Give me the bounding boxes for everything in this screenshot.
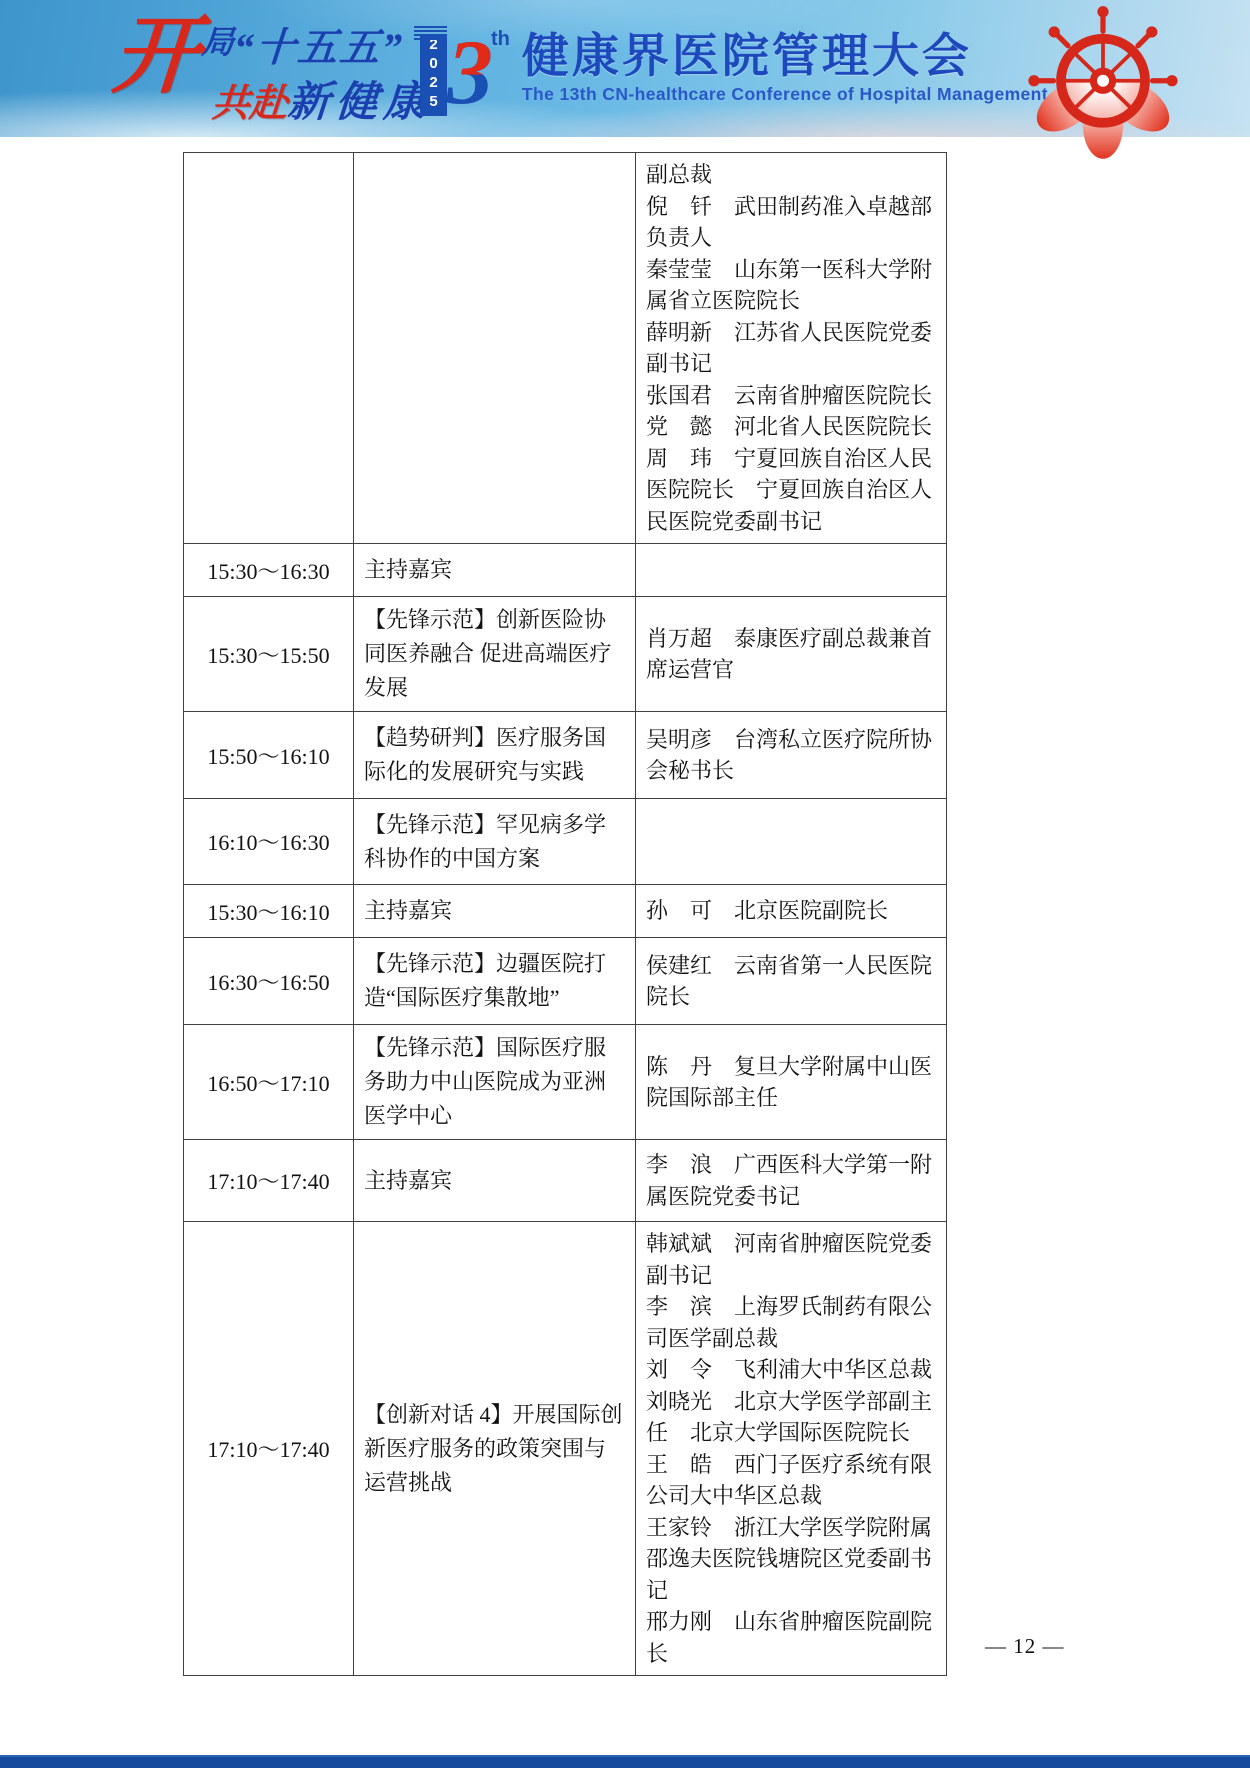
- speakers-cell: 孙 可 北京医院副院长: [636, 885, 947, 938]
- speakers-cell: 吴明彦 台湾私立医疗院所协会秘书长: [636, 712, 947, 799]
- page-number: — 12 —: [985, 1634, 1065, 1659]
- ship-wheel-icon: [1028, 2, 1178, 175]
- speaker-entry: 侯建红 云南省第一人民医院院长: [646, 950, 936, 1013]
- conference-logo: 2025 33 th 健康界医院管理大会 The 13th CN-healthc…: [420, 28, 1048, 116]
- speaker-entry: 刘 令 飞利浦大中华区总裁: [646, 1354, 936, 1386]
- speakers-cell: 李 浪 广西医科大学第一附属医院党委书记: [636, 1140, 947, 1222]
- slogan-line1-quoted: “十五五”: [232, 25, 405, 70]
- table-row: 副总裁倪 钎 武田制药准入卓越部负责人秦莹莹 山东第一医科大学附属省立医院院长薛…: [184, 153, 947, 544]
- table-row: 17:10～17:40【创新对话 4】开展国际创新医疗服务的政策突围与运营挑战韩…: [184, 1222, 947, 1676]
- table-row: 16:30～16:50【先锋示范】边疆医院打造“国际医疗集散地”侯建红 云南省第…: [184, 938, 947, 1025]
- time-cell: 17:10～17:40: [184, 1222, 354, 1676]
- slogan-line1: 局“十五五”: [200, 16, 438, 73]
- table-row: 16:10～16:30【先锋示范】罕见病多学科协作的中国方案: [184, 799, 947, 885]
- speaker-entry: 李 滨 上海罗氏制药有限公司医学副总裁: [646, 1291, 936, 1354]
- session-title-cell: 【创新对话 4】开展国际创新医疗服务的政策突围与运营挑战: [354, 1222, 636, 1676]
- time-cell: 15:30～16:10: [184, 885, 354, 938]
- table-row: 15:30～15:50【先锋示范】创新医险协同医养融合 促进高端医疗发展肖万超 …: [184, 597, 947, 712]
- session-title-cell: 【趋势研判】医疗服务国际化的发展研究与实践: [354, 712, 636, 799]
- slogan-line2: 共赴新健康: [196, 69, 434, 129]
- session-title-cell: 主持嘉宾: [354, 544, 636, 597]
- speakers-cell: 韩斌斌 河南省肿瘤医院党委副书记李 滨 上海罗氏制药有限公司医学副总裁刘 令 飞…: [636, 1222, 947, 1676]
- speakers-cell: 侯建红 云南省第一人民医院院长: [636, 938, 947, 1025]
- slogan-lines: 局“十五五” 共赴新健康: [196, 10, 438, 129]
- session-title-cell: 【先锋示范】罕见病多学科协作的中国方案: [354, 799, 636, 885]
- logo-titles: 健康界医院管理大会 The 13th CN-healthcare Confere…: [522, 30, 1048, 105]
- speakers-cell: 肖万超 泰康医疗副总裁兼首席运营官: [636, 597, 947, 712]
- conference-subtitle: The 13th CN-healthcare Conference of Hos…: [522, 84, 1048, 105]
- footer-bar: [0, 1755, 1250, 1768]
- speaker-entry: 倪 钎 武田制药准入卓越部负责人: [646, 191, 936, 254]
- speaker-entry: 王 皓 西门子医疗系统有限公司大中华区总裁: [646, 1449, 936, 1512]
- time-cell: 16:50～17:10: [184, 1025, 354, 1140]
- time-cell: 17:10～17:40: [184, 1140, 354, 1222]
- speakers-cell: 副总裁倪 钎 武田制药准入卓越部负责人秦莹莹 山东第一医科大学附属省立医院院长薛…: [636, 153, 947, 544]
- session-title-cell: 【先锋示范】创新医险协同医养融合 促进高端医疗发展: [354, 597, 636, 712]
- speaker-entry: 李 浪 广西医科大学第一附属医院党委书记: [646, 1149, 936, 1212]
- time-cell: 16:10～16:30: [184, 799, 354, 885]
- time-cell: 15:30～16:30: [184, 544, 354, 597]
- time-cell: 15:50～16:10: [184, 712, 354, 799]
- logo-digit-one: 2025: [420, 34, 447, 116]
- speakers-cell: [636, 799, 947, 885]
- logo-13-mark: 2025 33 th: [420, 28, 510, 116]
- logo-year: 2025: [425, 36, 442, 116]
- slogan-line1-char: 局: [201, 24, 236, 60]
- table-row: 15:30～16:10主持嘉宾孙 可 北京医院副院长: [184, 885, 947, 938]
- time-cell: 15:30～15:50: [184, 597, 354, 712]
- speakers-cell: 陈 丹 复旦大学附属中山医院国际部主任: [636, 1025, 947, 1140]
- slogan-line2-red: 共赴: [210, 83, 289, 125]
- speaker-entry: 薛明新 江苏省人民医院党委副书记: [646, 317, 936, 380]
- time-cell: [184, 153, 354, 544]
- speakers-cell: [636, 544, 947, 597]
- session-title-cell: 主持嘉宾: [354, 1140, 636, 1222]
- speaker-entry: 王家铃 浙江大学医学院附属邵逸夫医院钱塘院区党委副书记: [646, 1512, 936, 1607]
- agenda-table-body: 副总裁倪 钎 武田制药准入卓越部负责人秦莹莹 山东第一医科大学附属省立医院院长薛…: [184, 153, 947, 1676]
- speaker-entry: 秦莹莹 山东第一医科大学附属省立医院院长: [646, 254, 936, 317]
- speaker-entry: 张国君 云南省肿瘤医院院长: [646, 380, 936, 412]
- speaker-entry: 陈 丹 复旦大学附属中山医院国际部主任: [646, 1051, 936, 1114]
- slogan-line2-blue: 新健康: [286, 80, 433, 126]
- session-title-cell: [354, 153, 636, 544]
- speaker-entry: 周 玮 宁夏回族自治区人民医院院长 宁夏回族自治区人民医院党委副书记: [646, 443, 936, 538]
- banner-slogan: 开 局“十五五” 共赴新健康: [108, 10, 438, 129]
- table-row: 15:50～16:10【趋势研判】医疗服务国际化的发展研究与实践吴明彦 台湾私立…: [184, 712, 947, 799]
- session-title-cell: 【先锋示范】边疆医院打造“国际医疗集散地”: [354, 938, 636, 1025]
- logo-ordinal: th: [491, 28, 510, 51]
- time-cell: 16:30～16:50: [184, 938, 354, 1025]
- speaker-entry: 孙 可 北京医院副院长: [646, 895, 936, 927]
- speaker-entry: 韩斌斌 河南省肿瘤医院党委副书记: [646, 1228, 936, 1291]
- session-title-cell: 主持嘉宾: [354, 885, 636, 938]
- speaker-entry: 副总裁: [646, 159, 936, 191]
- speaker-entry: 党 懿 河北省人民医院院长: [646, 411, 936, 443]
- table-row: 16:50～17:10【先锋示范】国际医疗服务助力中山医院成为亚洲医学中心陈 丹…: [184, 1025, 947, 1140]
- session-title-cell: 【先锋示范】国际医疗服务助力中山医院成为亚洲医学中心: [354, 1025, 636, 1140]
- conference-banner: 开 局“十五五” 共赴新健康 2025 33 th 健康界医院管理大会 The …: [0, 0, 1250, 137]
- speaker-entry: 肖万超 泰康医疗副总裁兼首席运营官: [646, 623, 936, 686]
- speaker-entry: 刘晓光 北京大学医学部副主任 北京大学国际医院院长: [646, 1386, 936, 1449]
- agenda-table: 副总裁倪 钎 武田制药准入卓越部负责人秦莹莹 山东第一医科大学附属省立医院院长薛…: [183, 152, 947, 1676]
- speaker-entry: 吴明彦 台湾私立医疗院所协会秘书长: [646, 724, 936, 787]
- document-page: 开 局“十五五” 共赴新健康 2025 33 th 健康界医院管理大会 The …: [0, 0, 1250, 1768]
- table-row: 17:10～17:40主持嘉宾李 浪 广西医科大学第一附属医院党委书记: [184, 1140, 947, 1222]
- speaker-entry: 邢力刚 山东省肿瘤医院副院长: [646, 1606, 936, 1669]
- conference-title: 健康界医院管理大会: [522, 30, 1048, 82]
- table-row: 15:30～16:30主持嘉宾: [184, 544, 947, 597]
- slogan-big-char: 开: [110, 10, 202, 102]
- logo-digit-three: 33: [447, 28, 493, 116]
